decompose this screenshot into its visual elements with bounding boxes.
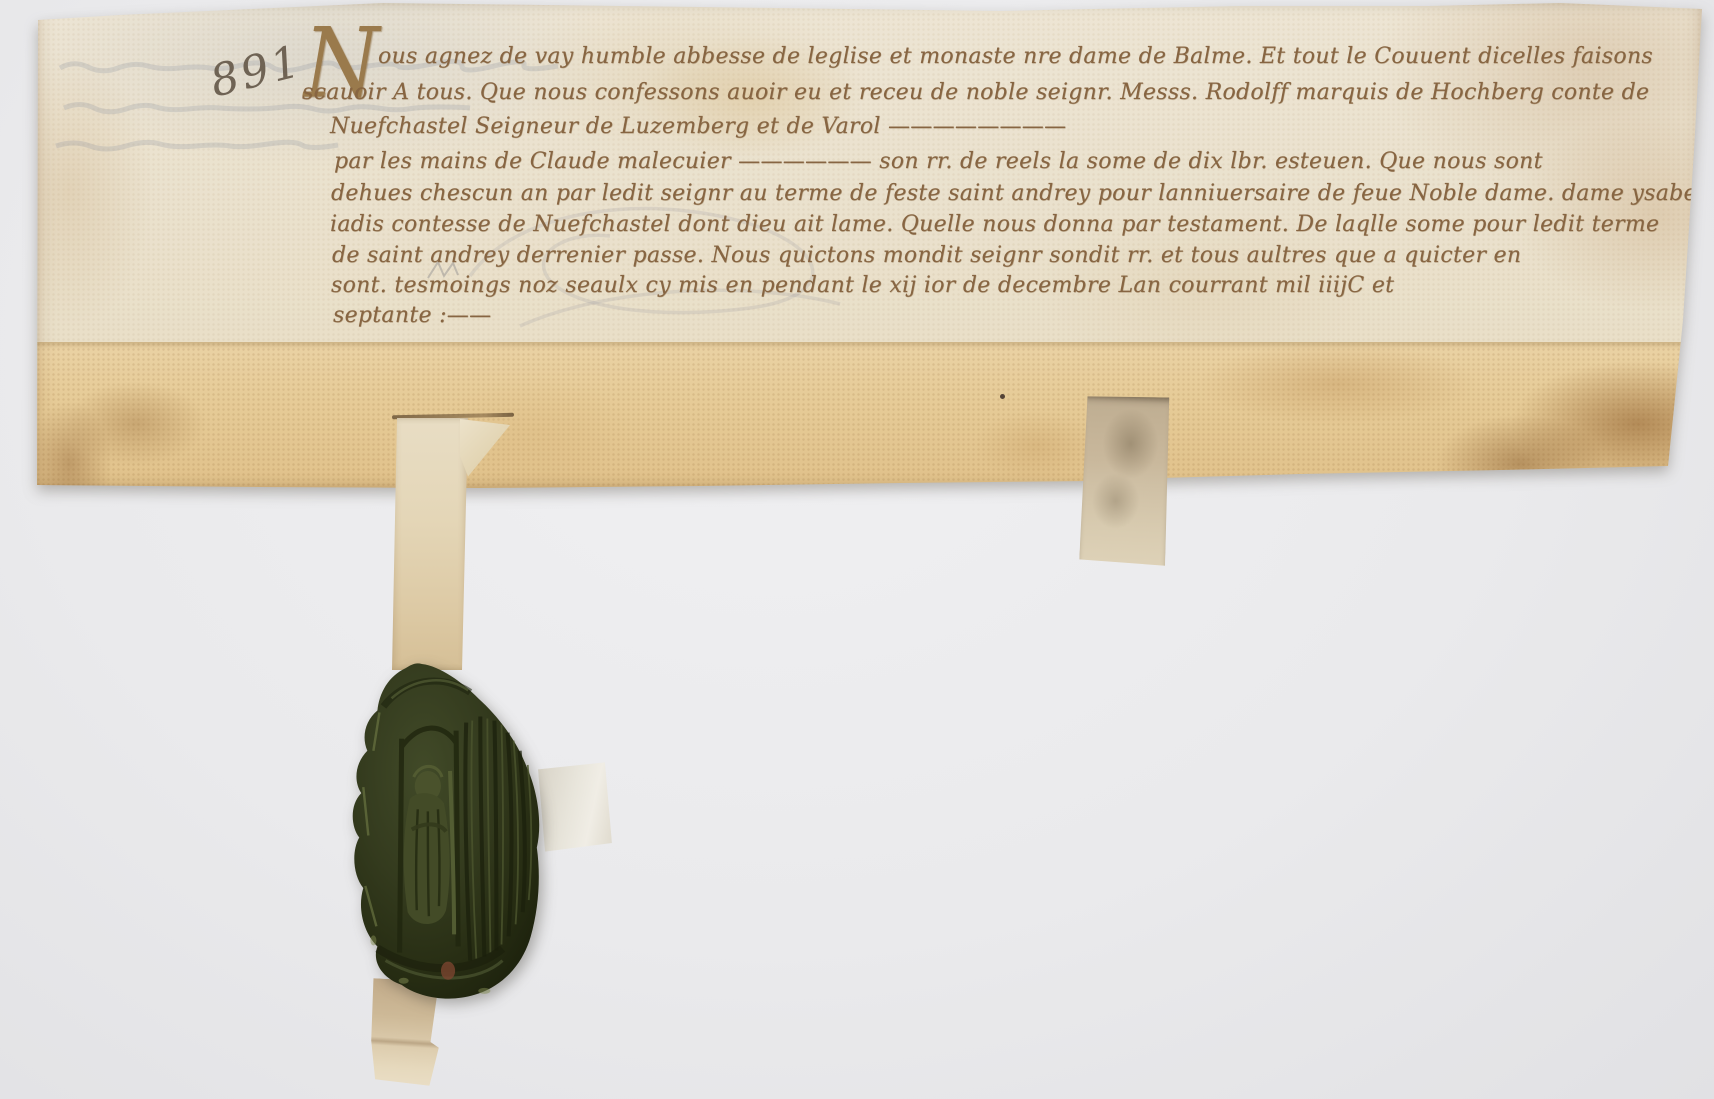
ink-speck — [1000, 394, 1005, 399]
wax-seal — [343, 658, 545, 1006]
manuscript-line-6: iadis contesse de Nuefchastel dont dieu … — [330, 212, 1659, 237]
manuscript-line-9: septante :—— — [333, 303, 491, 328]
manuscript-line-7: de saint andrey derrenier passe. Nous qu… — [332, 243, 1521, 268]
manuscript-line-3: Nuefchastel Seigneur de Luzemberg et de … — [330, 114, 1066, 139]
parchment-fold-plica — [36, 342, 1704, 490]
seal-red-spot — [441, 962, 455, 980]
photo-backdrop: 891 N ous agnez de vay humble abbesse de… — [0, 0, 1714, 1099]
seal-tag-end-tab — [538, 762, 612, 852]
empty-seal-tag — [1079, 395, 1171, 568]
manuscript-line-8: sont. tesmoings noz seaulx cy mis en pen… — [331, 273, 1394, 298]
parchment-shadow-wrap: 891 N ous agnez de vay humble abbesse de… — [0, 0, 1714, 1099]
manuscript-line-1: ous agnez de vay humble abbesse de legli… — [378, 44, 1653, 69]
seal-tag-strip — [392, 418, 468, 670]
manuscript-line-4: par les mains de Claude malecuier ——————… — [334, 149, 1543, 174]
manuscript-line-5: dehues chescun an par ledit seignr au te… — [331, 181, 1704, 206]
charter-parchment: 891 N ous agnez de vay humble abbesse de… — [36, 2, 1704, 490]
manuscript-line-2: scauoir A tous. Que nous confessons auoi… — [302, 80, 1649, 105]
